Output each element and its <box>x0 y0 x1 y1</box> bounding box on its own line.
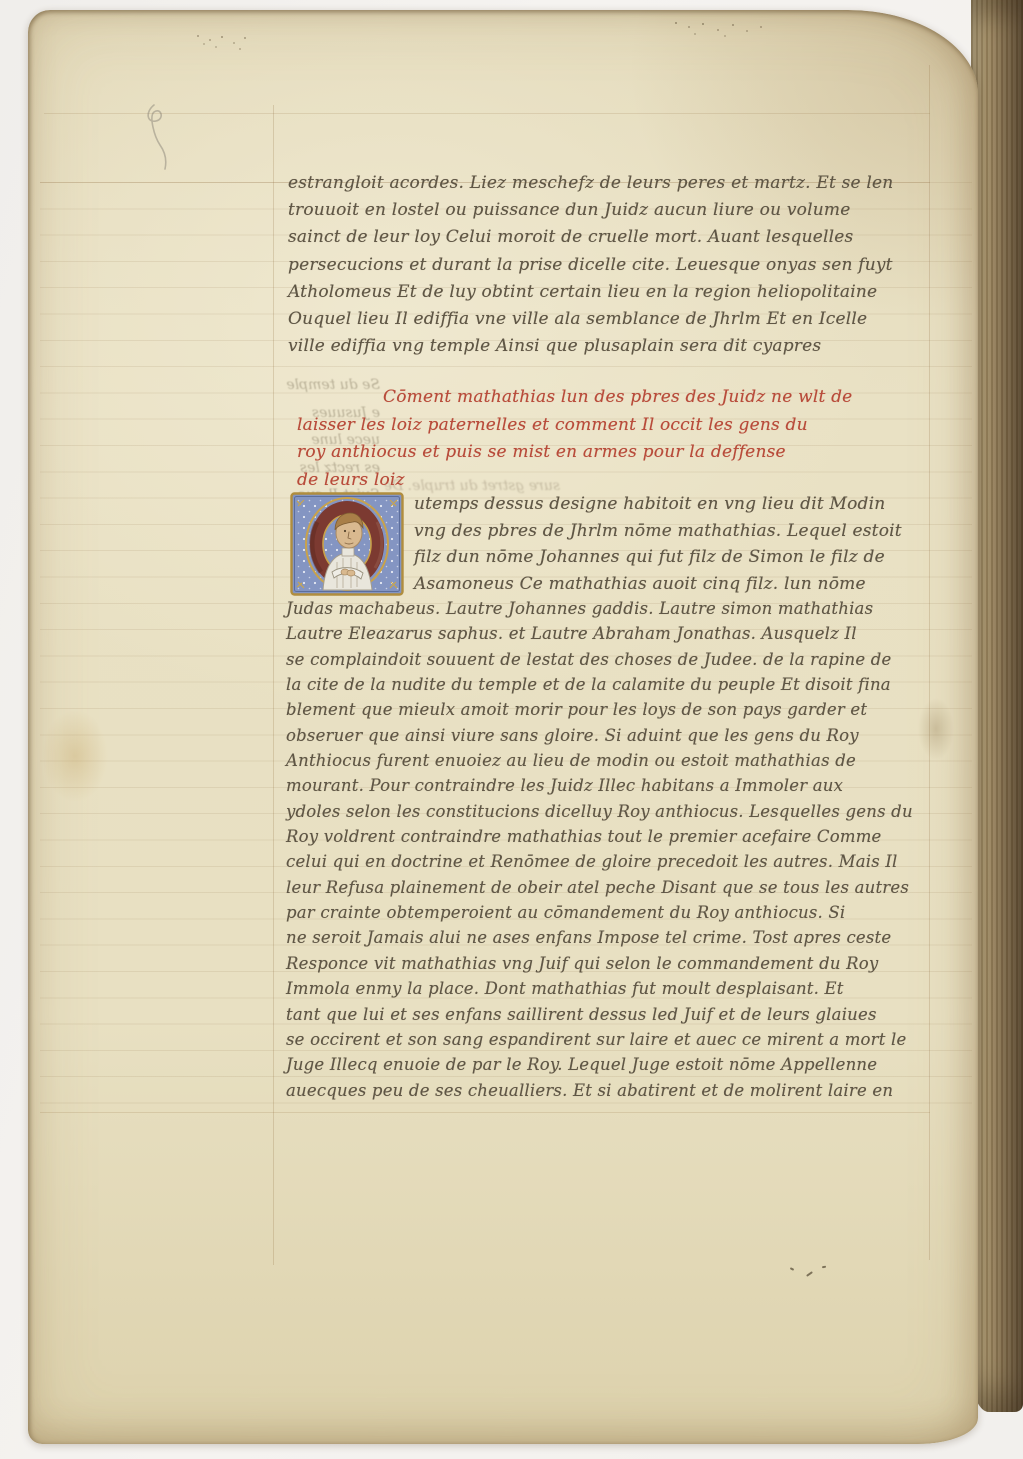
manuscript-page: Se du templee Jusuuesuece lunees rectz l… <box>28 10 978 1444</box>
manuscript-text-line: celui qui en doctrine et Renōmee de gloi… <box>286 849 913 874</box>
left-margin-ruling-line <box>273 105 274 1265</box>
right-margin-ruling-line <box>929 65 930 1260</box>
manuscript-text-line: mourant. Pour contraindre les Juidz Ille… <box>286 773 913 798</box>
manuscript-text-line: utemps dessus designe habitoit en vng li… <box>414 491 902 518</box>
book-fore-edge <box>971 0 1023 1412</box>
pen-trial-mark <box>128 95 188 175</box>
manuscript-text-line: filz dun nōme Johannes qui fut filz de S… <box>414 544 902 571</box>
manuscript-text-line: tant que lui et ses enfans saillirent de… <box>286 1002 913 1027</box>
manuscript-text-line: Immola enmy la place. Dont mathathias fu… <box>286 976 913 1001</box>
manuscript-text-line: Anthiocus furent enuoiez au lieu de modi… <box>286 748 913 773</box>
ink-speckles <box>195 34 197 36</box>
manuscript-text-line: estrangloit acordes. Liez meschefz de le… <box>288 170 893 197</box>
text-bottom-ruling-line <box>40 1112 930 1113</box>
text-block-upper: estrangloit acordes. Liez meschefz de le… <box>288 170 893 360</box>
manuscript-text-line: Asamoneus Ce mathathias auoit cinq filz.… <box>414 571 902 598</box>
ink-mark <box>806 1271 813 1277</box>
manuscript-text-line: sainct de leur loy Celui moroit de cruel… <box>288 224 893 251</box>
manuscript-text-line: obseruer que ainsi viure sans gloire. Si… <box>286 723 913 748</box>
manuscript-text-line: Ouquel lieu Il ediffia vne ville ala sem… <box>288 306 893 333</box>
manuscript-text-line: Judas machabeus. Lautre Johannes gaddis.… <box>286 596 913 621</box>
manuscript-text-line: se complaindoit souuent de lestat des ch… <box>286 647 913 672</box>
initial-miniature <box>290 492 404 596</box>
text-block-beside-initial: utemps dessus designe habitoit en vng li… <box>414 491 902 597</box>
parchment-stain <box>42 710 108 802</box>
manuscript-text-line: auecques peu de ses cheualliers. Et si a… <box>286 1078 913 1103</box>
text-block-main: Judas machabeus. Lautre Johannes gaddis.… <box>286 596 913 1103</box>
manuscript-text-line: trouuoit en lostel ou puissance dun Juid… <box>288 197 893 224</box>
manuscript-text-line: Atholomeus Et de luy obtint certain lieu… <box>288 279 893 306</box>
manuscript-text-line: blement que mieulx amoit morir pour les … <box>286 697 913 722</box>
ink-mark <box>790 1267 794 1271</box>
rubric-text-line: Cōment mathathias lun des pbres des Juid… <box>297 384 852 412</box>
manuscript-text-line: ne seroit Jamais alui ne ases enfans Imp… <box>286 925 913 950</box>
manuscript-text-line: Roy voldrent contraindre mathathias tout… <box>286 824 913 849</box>
manuscript-text-line: leur Refusa plainement de obeir atel pec… <box>286 875 913 900</box>
manuscript-text-line: Responce vit mathathias vng Juif qui sel… <box>286 951 913 976</box>
manuscript-text-line: vng des pbres de Jhrlm nōme mathathias. … <box>414 518 902 545</box>
rubric-block: Cōment mathathias lun des pbres des Juid… <box>297 384 852 494</box>
ink-mark <box>822 1266 826 1268</box>
manuscript-text-line: ville ediffia vng temple Ainsi que plusa… <box>288 333 893 360</box>
manuscript-text-line: Juge Illecq enuoie de par le Roy. Lequel… <box>286 1052 913 1077</box>
manuscript-text-line: persecucions et durant la prise dicelle … <box>288 252 893 279</box>
manuscript-text-line: la cite de la nudite du temple et de la … <box>286 672 913 697</box>
manuscript-text-line: ydoles selon les constitucions dicelluy … <box>286 799 913 824</box>
manuscript-text-line: Lautre Eleazarus saphus. et Lautre Abrah… <box>286 621 913 646</box>
illuminated-initial <box>290 492 404 596</box>
manuscript-text-line: se occirent et son sang espandirent sur … <box>286 1027 913 1052</box>
manuscript-text-line: par crainte obtemperoient au cōmandement… <box>286 900 913 925</box>
rubric-text-line: laisser les loiz paternelles et comment … <box>297 412 852 440</box>
ink-speckles <box>672 20 674 22</box>
rubric-text-line: roy anthiocus et puis se mist en armes p… <box>297 439 852 467</box>
parchment-stain <box>918 698 954 760</box>
